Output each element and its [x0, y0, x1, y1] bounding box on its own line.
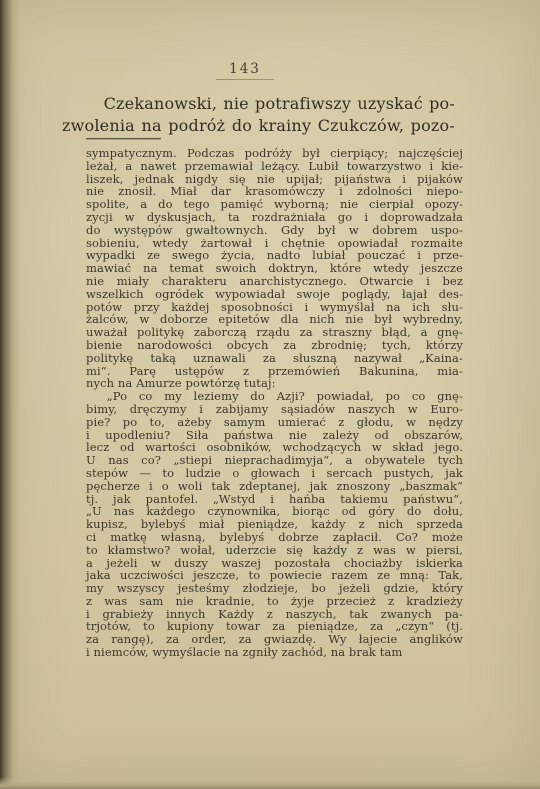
footnote-paragraph-2: „Po co my leziemy do Azji? powiadał, po … [86, 390, 463, 659]
text-line: leżał, a nawet przemawiał leżący. Lubił … [86, 160, 463, 173]
text-line: wszelkich ogródek wypowiadał swoje poglą… [86, 288, 463, 301]
book-binding-edge [0, 0, 20, 789]
text-line: politykę taką uznawali za słuszną nazywa… [86, 352, 463, 365]
main-paragraph: Czekanowski, nie potrafiwszy uzyskać po-… [62, 93, 455, 136]
page-number-text: 143 [229, 61, 261, 77]
text-line: bienie narodowości obcych za zbrodnię; t… [86, 339, 463, 352]
text-line: sympatycznym. Podczas podróży był cierpi… [86, 147, 463, 160]
text-line: do występów gwałtownych. Gdy był w dobre… [86, 224, 463, 237]
page-bottom-edge [0, 777, 540, 789]
text-line: pie? po to, ażeby samym umierać z głodu,… [86, 416, 463, 429]
text-line: bimy, dręczymy i zabijamy sąsiadów naszy… [86, 403, 463, 416]
text-line: zycji w dyskusjach, ta rozdrażniała go i… [86, 211, 463, 224]
footnote-separator [86, 138, 161, 140]
text-line: z was sam nie kradnie, to żyje przecież … [86, 595, 463, 608]
scanned-book-page: 143 Czekanowski, nie potrafiwszy uzyskać… [0, 0, 540, 789]
text-line: nie miały charakteru anarchistycznego. O… [86, 275, 463, 288]
text-line: Czekanowski, nie potrafiwszy uzyskać po- [62, 93, 455, 115]
text-line: pęcherze i o woli tak zdeptanej, jak zno… [86, 480, 463, 493]
page-number-rule [216, 79, 274, 80]
text-line: zwolenia na podróż do krainy Czukczów, p… [62, 115, 455, 137]
text-line: ci matkę własną, bylebyś dobrze zapłacił… [86, 531, 463, 544]
text-line: i niemców, wymyślacie na zgniły zachód, … [86, 646, 463, 659]
page-number: 143 [214, 58, 276, 80]
text-line: stepów — to ludzie o głowach i sercach p… [86, 467, 463, 480]
text-line: my wszyscy jesteśmy złodzieje, bo jeżeli… [86, 582, 463, 595]
text-line: to kłamstwo? wołał, uderzcie się każdy z… [86, 544, 463, 557]
footnote: sympatycznym. Podczas podróży był cierpi… [86, 147, 463, 659]
text-line: kupisz, bylebyś miał pieniądze, każdy z … [86, 518, 463, 531]
footnote-paragraph-1: sympatycznym. Podczas podróży był cierpi… [86, 147, 463, 390]
text-line: U nas co? „stiepi nieprachadimyja“, a ob… [86, 454, 463, 467]
